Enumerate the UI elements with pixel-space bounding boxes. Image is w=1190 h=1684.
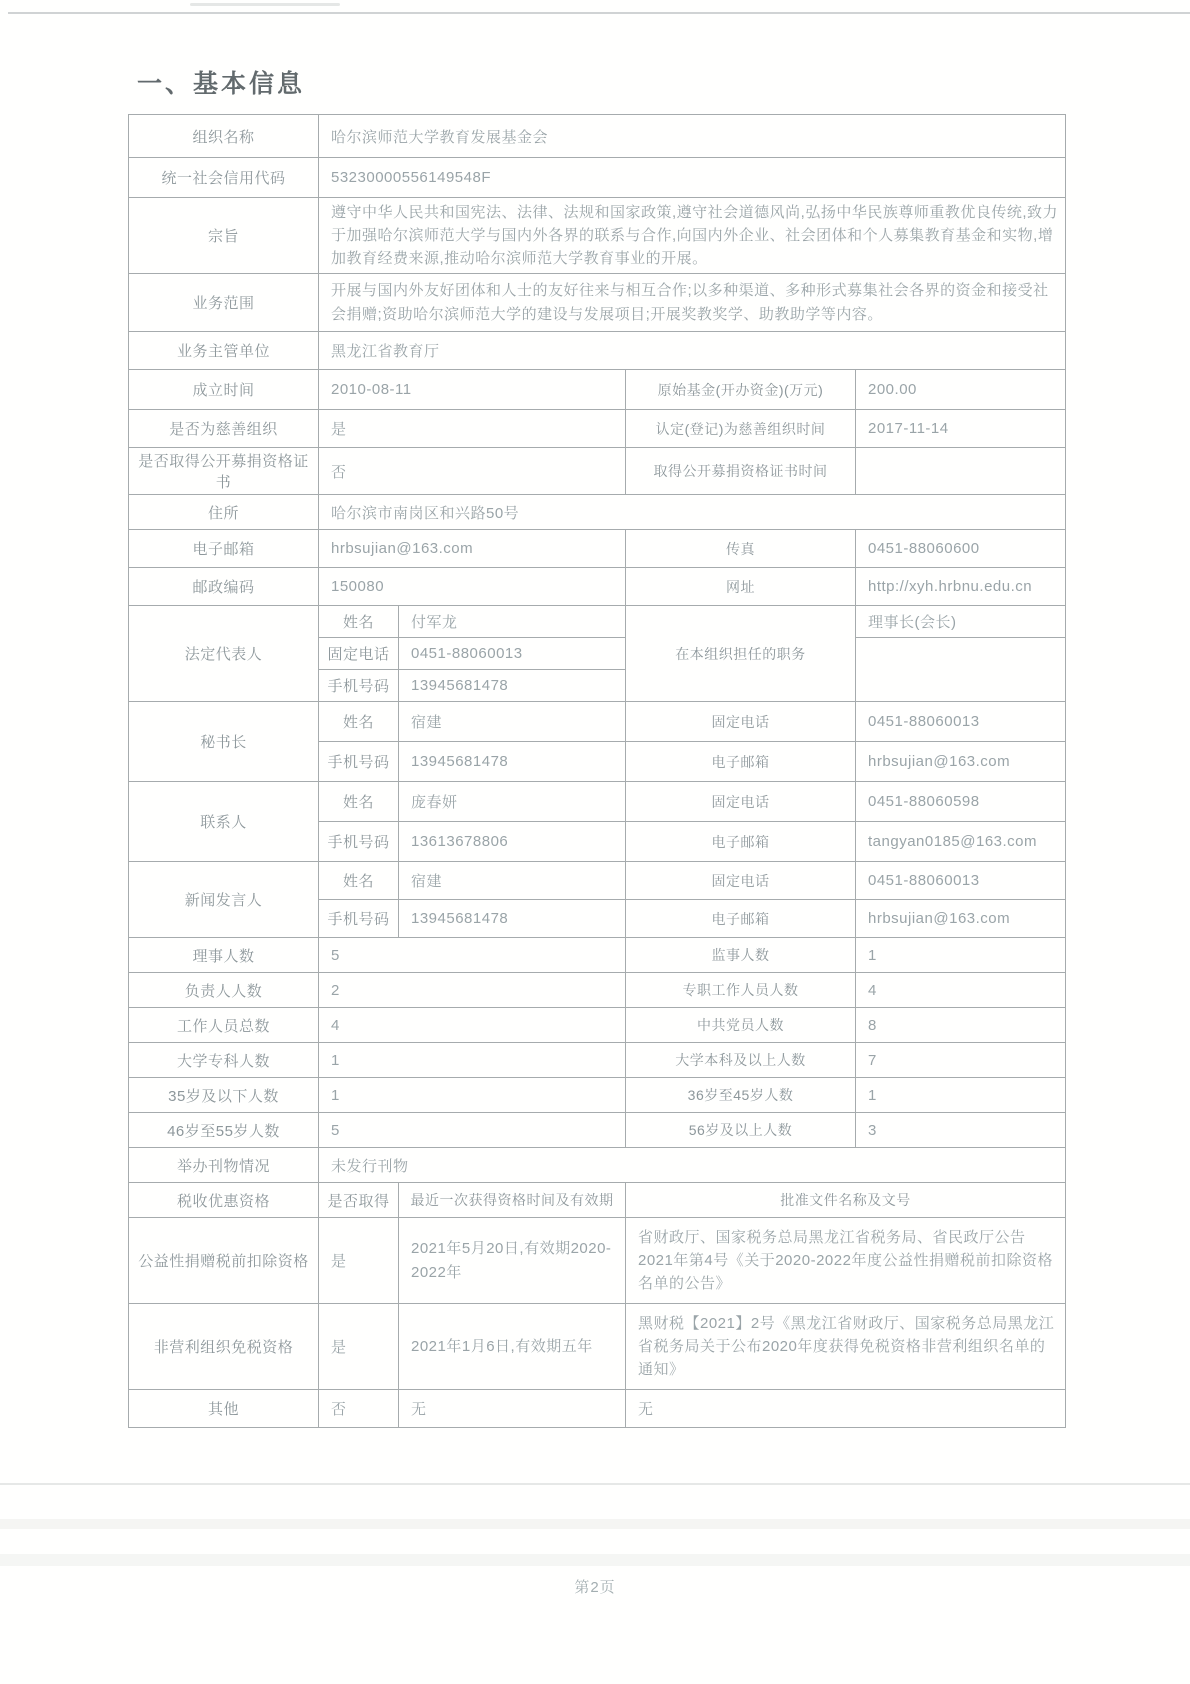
tax-row-period: 2021年1月6日,有效期五年 — [399, 1304, 626, 1390]
tax-row-label: 非营利组织免税资格 — [129, 1304, 319, 1390]
scope-label: 业务范围 — [129, 274, 319, 332]
tax-row-obtained: 是 — [319, 1218, 399, 1304]
count-label: 理事人数 — [129, 938, 319, 973]
count-label: 大学专科人数 — [129, 1043, 319, 1078]
row-count-board: 理事人数 5 监事人数 1 — [129, 938, 1066, 973]
scanned-document-page: 一、基本信息 组织名称 哈尔滨师范大学教育发展基金会 统一社会信用代码 5323… — [0, 0, 1190, 1684]
count-label: 46岁至55岁人数 — [129, 1113, 319, 1148]
row-spokesperson-name: 新闻发言人 姓名 宿建 固定电话 0451-88060013 — [129, 862, 1066, 900]
section-heading: 一、基本信息 — [137, 64, 305, 100]
row-fundraise-cert: 是否取得公开募捐资格证书 否 取得公开募捐资格证书时间 — [129, 448, 1066, 495]
contact-mobile-value: 13613678806 — [399, 822, 626, 862]
contact-mobile-label: 手机号码 — [319, 822, 399, 862]
row-credit-code: 统一社会信用代码 53230000556149548F — [129, 158, 1066, 198]
row-tax-exemption: 非营利组织免税资格 是 2021年1月6日,有效期五年 黑财税【2021】2号《… — [129, 1304, 1066, 1390]
tax-row-label: 其他 — [129, 1390, 319, 1428]
row-tax-header: 税收优惠资格 是否取得 最近一次获得资格时间及有效期 批准文件名称及文号 — [129, 1183, 1066, 1218]
tax-row-period: 2021年5月20日,有效期2020-2022年 — [399, 1218, 626, 1304]
count-label-2: 中共党员人数 — [626, 1008, 856, 1043]
tax-row-obtained: 是 — [319, 1304, 399, 1390]
scan-artifact-band — [0, 1519, 1190, 1529]
row-established: 成立时间 2010-08-11 原始基金(开办资金)(万元) 200.00 — [129, 370, 1066, 410]
position-extra-cell — [856, 638, 1066, 702]
charity-label: 是否为慈善组织 — [129, 410, 319, 448]
scan-artifact-line — [8, 12, 1190, 14]
row-tax-other: 其他 否 无 无 — [129, 1390, 1066, 1428]
spokesperson-name-value: 宿建 — [399, 862, 626, 900]
secretary-tel-label: 固定电话 — [626, 702, 856, 742]
row-postcode: 邮政编码 150080 网址 http://xyh.hrbnu.edu.cn — [129, 568, 1066, 606]
publication-value: 未发行刊物 — [319, 1148, 1066, 1183]
count-value-2: 1 — [856, 1078, 1066, 1113]
count-label-2: 大学本科及以上人数 — [626, 1043, 856, 1078]
row-publication: 举办刊物情况 未发行刊物 — [129, 1148, 1066, 1183]
page-number: 第2页 — [0, 1576, 1190, 1597]
position-value: 理事长(会长) — [856, 606, 1066, 638]
basic-info-table: 组织名称 哈尔滨师范大学教育发展基金会 统一社会信用代码 53230000556… — [128, 114, 1066, 1428]
count-label-2: 专职工作人员人数 — [626, 973, 856, 1008]
row-secretary-name: 秘书长 姓名 宿建 固定电话 0451-88060013 — [129, 702, 1066, 742]
count-value-2: 1 — [856, 938, 1066, 973]
count-value-2: 8 — [856, 1008, 1066, 1043]
row-count-age35: 35岁及以下人数 1 36岁至45岁人数 1 — [129, 1078, 1066, 1113]
secretary-email-label: 电子邮箱 — [626, 742, 856, 782]
legal-rep-mobile-value: 13945681478 — [399, 670, 626, 702]
purpose-value: 遵守中华人民共和国宪法、法律、法规和国家政策,遵守社会道德风尚,弘扬中华民族尊师… — [319, 198, 1066, 274]
contact-email-label: 电子邮箱 — [626, 822, 856, 862]
tax-row-obtained: 否 — [319, 1390, 399, 1428]
charity-date-label: 认定(登记)为慈善组织时间 — [626, 410, 856, 448]
fundraise-cert-date-label: 取得公开募捐资格证书时间 — [626, 448, 856, 495]
tax-header-obtained: 是否取得 — [319, 1183, 399, 1218]
tax-row-document: 省财政厅、国家税务总局黑龙江省税务局、省民政厅公告2021年第4号《关于2020… — [626, 1218, 1066, 1304]
row-contact-name: 联系人 姓名 庞春妍 固定电话 0451-88060598 — [129, 782, 1066, 822]
fax-label: 传真 — [626, 530, 856, 568]
tax-header-period: 最近一次获得资格时间及有效期 — [399, 1183, 626, 1218]
count-value: 1 — [319, 1043, 626, 1078]
count-value-2: 3 — [856, 1113, 1066, 1148]
count-value: 5 — [319, 938, 626, 973]
legal-rep-tel-value: 0451-88060013 — [399, 638, 626, 670]
address-value: 哈尔滨市南岗区和兴路50号 — [319, 495, 1066, 530]
count-value: 5 — [319, 1113, 626, 1148]
legal-rep-name-value: 付军龙 — [399, 606, 626, 638]
credit-code-label: 统一社会信用代码 — [129, 158, 319, 198]
fundraise-cert-date-value — [856, 448, 1066, 495]
contact-email-value: tangyan0185@163.com — [856, 822, 1066, 862]
legal-rep-name-label: 姓名 — [319, 606, 399, 638]
website-value: http://xyh.hrbnu.edu.cn — [856, 568, 1066, 606]
secretary-mobile-label: 手机号码 — [319, 742, 399, 782]
fax-value: 0451-88060600 — [856, 530, 1066, 568]
count-label-2: 监事人数 — [626, 938, 856, 973]
count-label-2: 36岁至45岁人数 — [626, 1078, 856, 1113]
org-name-label: 组织名称 — [129, 115, 319, 158]
row-count-principals: 负责人人数 2 专职工作人员人数 4 — [129, 973, 1066, 1008]
website-label: 网址 — [626, 568, 856, 606]
contact-label: 联系人 — [129, 782, 319, 862]
email-value: hrbsujian@163.com — [319, 530, 626, 568]
row-tax-deduction: 公益性捐赠税前扣除资格 是 2021年5月20日,有效期2020-2022年 省… — [129, 1218, 1066, 1304]
established-label: 成立时间 — [129, 370, 319, 410]
scan-artifact-band — [0, 1554, 1190, 1566]
row-purpose: 宗旨 遵守中华人民共和国宪法、法律、法规和国家政策,遵守社会道德风尚,弘扬中华民… — [129, 198, 1066, 274]
spokesperson-email-label: 电子邮箱 — [626, 900, 856, 938]
row-count-age46: 46岁至55岁人数 5 56岁及以上人数 3 — [129, 1113, 1066, 1148]
fundraise-cert-value: 否 — [319, 448, 626, 495]
count-label: 负责人人数 — [129, 973, 319, 1008]
row-supervisor: 业务主管单位 黑龙江省教育厅 — [129, 332, 1066, 370]
secretary-mobile-value: 13945681478 — [399, 742, 626, 782]
secretary-name-value: 宿建 — [399, 702, 626, 742]
legal-rep-label: 法定代表人 — [129, 606, 319, 702]
credit-code-value: 53230000556149548F — [319, 158, 1066, 198]
email-label: 电子邮箱 — [129, 530, 319, 568]
spokesperson-label: 新闻发言人 — [129, 862, 319, 938]
supervisor-label: 业务主管单位 — [129, 332, 319, 370]
contact-tel-label: 固定电话 — [626, 782, 856, 822]
tax-row-document: 黑财税【2021】2号《黑龙江省财政厅、国家税务总局黑龙江省税务局关于公布202… — [626, 1304, 1066, 1390]
spokesperson-email-value: hrbsujian@163.com — [856, 900, 1066, 938]
fundraise-cert-label: 是否取得公开募捐资格证书 — [129, 448, 319, 495]
secretary-name-label: 姓名 — [319, 702, 399, 742]
spokesperson-mobile-label: 手机号码 — [319, 900, 399, 938]
row-org-name: 组织名称 哈尔滨师范大学教育发展基金会 — [129, 115, 1066, 158]
contact-name-label: 姓名 — [319, 782, 399, 822]
tax-row-label: 公益性捐赠税前扣除资格 — [129, 1218, 319, 1304]
contact-name-value: 庞春妍 — [399, 782, 626, 822]
scope-value: 开展与国内外友好团体和人士的友好往来与相互合作;以多种渠道、多种形式募集社会各界… — [319, 274, 1066, 332]
established-value: 2010-08-11 — [319, 370, 626, 410]
initial-fund-label: 原始基金(开办资金)(万元) — [626, 370, 856, 410]
supervisor-value: 黑龙江省教育厅 — [319, 332, 1066, 370]
row-legal-rep-name: 法定代表人 姓名 付军龙 在本组织担任的职务 理事长(会长) — [129, 606, 1066, 638]
secretary-label: 秘书长 — [129, 702, 319, 782]
count-label: 工作人员总数 — [129, 1008, 319, 1043]
scan-artifact-smudge — [190, 3, 340, 6]
row-count-college: 大学专科人数 1 大学本科及以上人数 7 — [129, 1043, 1066, 1078]
row-scope: 业务范围 开展与国内外友好团体和人士的友好往来与相互合作;以多种渠道、多种形式募… — [129, 274, 1066, 332]
count-value: 4 — [319, 1008, 626, 1043]
legal-rep-mobile-label: 手机号码 — [319, 670, 399, 702]
row-count-staff: 工作人员总数 4 中共党员人数 8 — [129, 1008, 1066, 1043]
secretary-email-value: hrbsujian@163.com — [856, 742, 1066, 782]
count-label: 35岁及以下人数 — [129, 1078, 319, 1113]
contact-tel-value: 0451-88060598 — [856, 782, 1066, 822]
initial-fund-value: 200.00 — [856, 370, 1066, 410]
publication-label: 举办刊物情况 — [129, 1148, 319, 1183]
count-value: 2 — [319, 973, 626, 1008]
org-name-value: 哈尔滨师范大学教育发展基金会 — [319, 115, 1066, 158]
count-label-2: 56岁及以上人数 — [626, 1113, 856, 1148]
spokesperson-tel-label: 固定电话 — [626, 862, 856, 900]
tax-row-period: 无 — [399, 1390, 626, 1428]
count-value-2: 7 — [856, 1043, 1066, 1078]
tax-header-document: 批准文件名称及文号 — [626, 1183, 1066, 1218]
count-value: 1 — [319, 1078, 626, 1113]
row-email: 电子邮箱 hrbsujian@163.com 传真 0451-88060600 — [129, 530, 1066, 568]
count-value-2: 4 — [856, 973, 1066, 1008]
row-address: 住所 哈尔滨市南岗区和兴路50号 — [129, 495, 1066, 530]
spokesperson-tel-value: 0451-88060013 — [856, 862, 1066, 900]
scan-artifact-line — [0, 1483, 1190, 1485]
secretary-tel-value: 0451-88060013 — [856, 702, 1066, 742]
row-charity: 是否为慈善组织 是 认定(登记)为慈善组织时间 2017-11-14 — [129, 410, 1066, 448]
purpose-label: 宗旨 — [129, 198, 319, 274]
address-label: 住所 — [129, 495, 319, 530]
legal-rep-tel-label: 固定电话 — [319, 638, 399, 670]
spokesperson-mobile-value: 13945681478 — [399, 900, 626, 938]
tax-row-document: 无 — [626, 1390, 1066, 1428]
postcode-value: 150080 — [319, 568, 626, 606]
position-label: 在本组织担任的职务 — [626, 606, 856, 702]
spokesperson-name-label: 姓名 — [319, 862, 399, 900]
postcode-label: 邮政编码 — [129, 568, 319, 606]
tax-header-title: 税收优惠资格 — [129, 1183, 319, 1218]
charity-date-value: 2017-11-14 — [856, 410, 1066, 448]
charity-value: 是 — [319, 410, 626, 448]
